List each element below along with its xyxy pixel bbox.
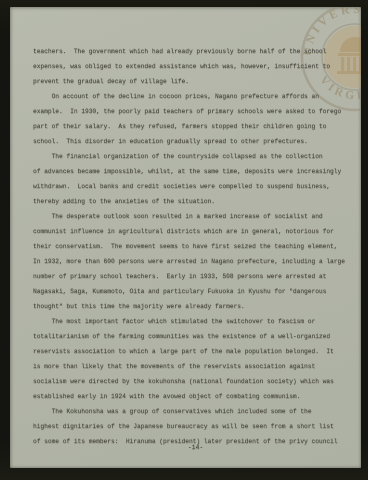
text-line: school. This disorder in education gradu… bbox=[33, 134, 358, 149]
text-line: communist influence in agricultural dist… bbox=[33, 224, 358, 239]
typewritten-body: teachers. The government which had alrea… bbox=[33, 44, 358, 449]
text-line: socialism were directed by the kokuhonsh… bbox=[33, 374, 358, 389]
text-line: expenses, was obliged to extended assist… bbox=[33, 59, 358, 74]
document-page: UNIVERSITY OF VIRGINIA teachers. The gov… bbox=[10, 7, 361, 468]
text-line: teachers. The government which had alrea… bbox=[33, 44, 358, 59]
text-line: their conservatism. The movement seems t… bbox=[33, 239, 358, 254]
page-number: -14- bbox=[33, 444, 358, 451]
text-line: number of primary school teachers. Early… bbox=[33, 269, 358, 284]
text-line: prevent the gradual decay of village lif… bbox=[33, 74, 358, 89]
text-line: thereby adding to the anxieties of the s… bbox=[33, 194, 358, 209]
text-line: is more than likely that the movements o… bbox=[33, 359, 358, 374]
text-line: withdrawn. Local banks and credit societ… bbox=[33, 179, 358, 194]
text-line: The financial organization of the countr… bbox=[33, 149, 358, 164]
text-line: totalitarianism of the farming communiti… bbox=[33, 329, 358, 344]
text-line: On account of the decline in cocoon pric… bbox=[33, 89, 358, 104]
text-line: highest dignitaries of the Japanese bure… bbox=[33, 419, 358, 434]
text-line: thought" but this time the majority were… bbox=[33, 299, 358, 314]
text-line: Nagasaki, Saga, Kumamoto, Oita and parti… bbox=[33, 284, 358, 299]
text-line: part of their salary. As they refused, f… bbox=[33, 119, 358, 134]
text-line: reservists association to which a large … bbox=[33, 344, 358, 359]
text-line: The most important factor which stimulat… bbox=[33, 314, 358, 329]
text-line: established early in 1924 with the avowe… bbox=[33, 389, 358, 404]
text-line: example. In 1930, the poorly paid teache… bbox=[33, 104, 358, 119]
scan-backdrop: UNIVERSITY OF VIRGINIA teachers. The gov… bbox=[0, 0, 368, 480]
text-line: The Kokuhonsha was a group of conservati… bbox=[33, 404, 358, 419]
text-line: of advances became impossible, whilst, a… bbox=[33, 164, 358, 179]
text-line: The desperate outlook soon resulted in a… bbox=[33, 209, 358, 224]
text-line: In 1932, more than 600 persons were arre… bbox=[33, 254, 358, 269]
